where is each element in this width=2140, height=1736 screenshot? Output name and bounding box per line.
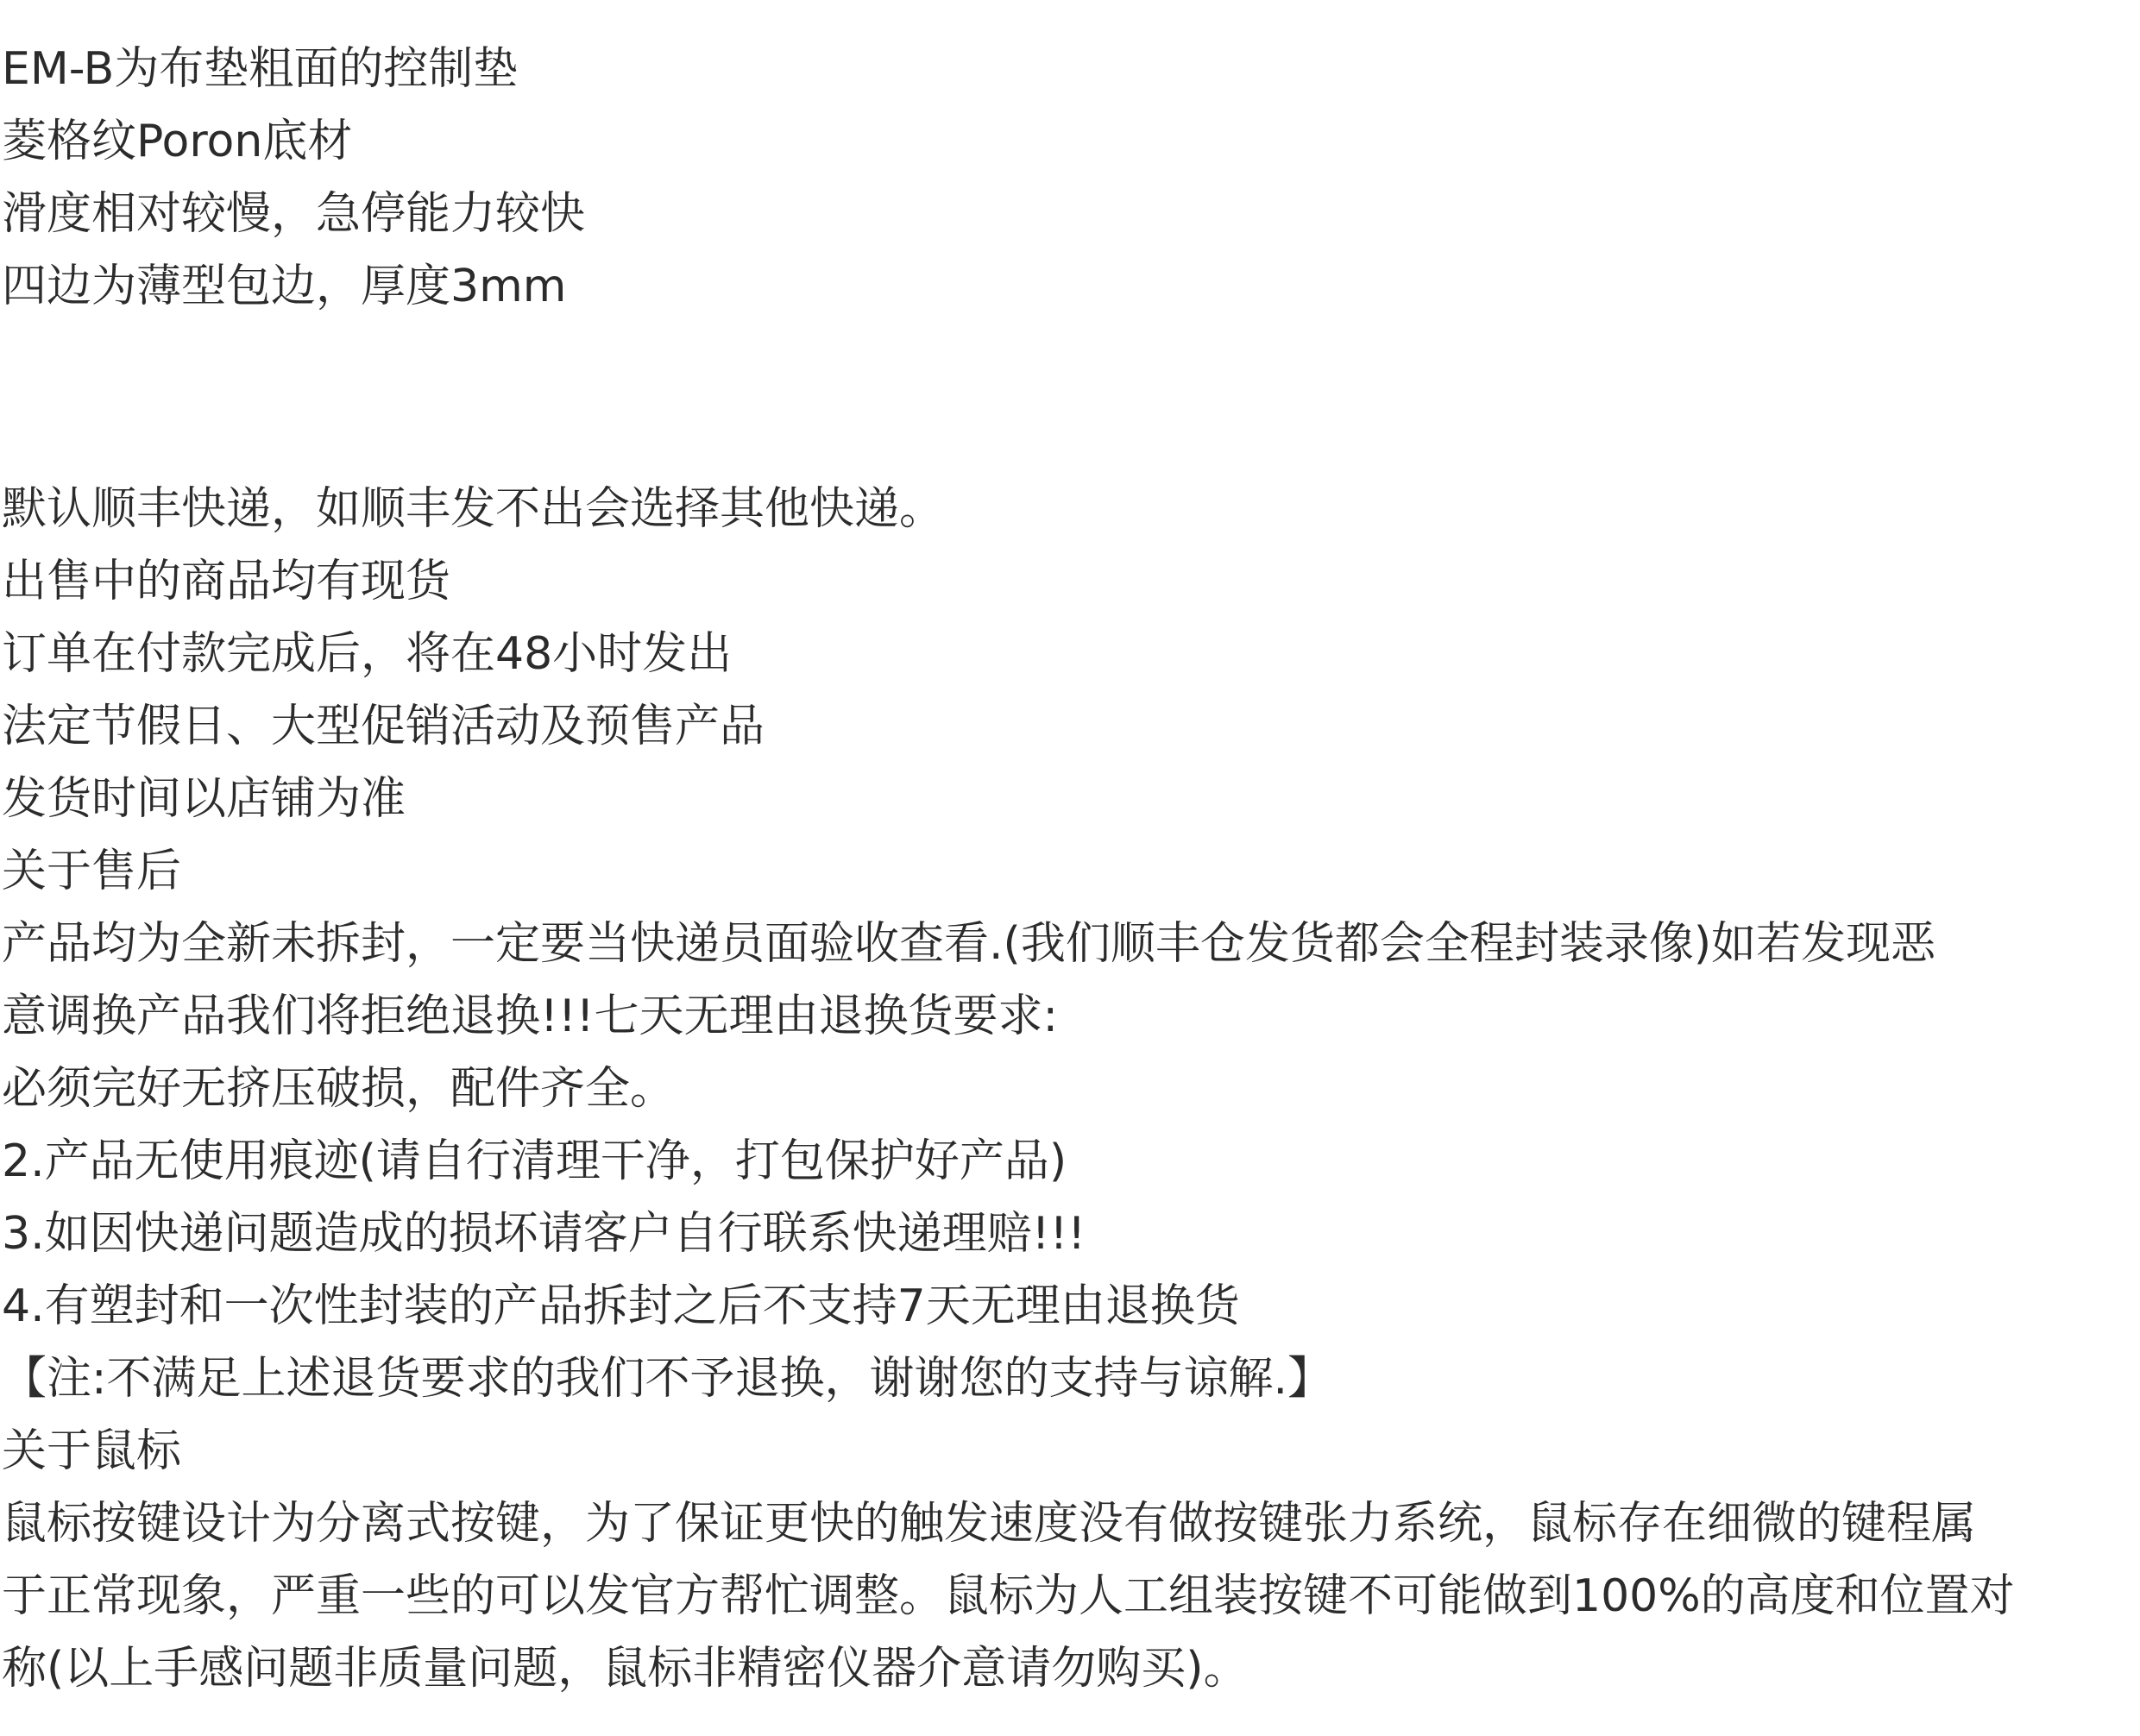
after-sales-note: 【注:不满足上述退货要求的我们不予退换，谢谢您的支持与谅解.】 [2, 1343, 1332, 1415]
product-line-1: EM-B为布垫粗面的控制垫 [2, 33, 518, 105]
product-line-3: 滑度相对较慢，急停能力较快 [2, 178, 585, 250]
mouse-line-3: 称(以上手感问题非质量问题，鼠标非精密仪器介意请勿购买)。 [2, 1632, 1249, 1705]
product-line-2: 菱格纹Poron底材 [2, 105, 352, 178]
mouse-heading: 关于鼠标 [2, 1415, 181, 1488]
mouse-line-2: 于正常现象，严重一些的可以发官方帮忙调整。鼠标为人工组装按键不可能做到100%的… [2, 1560, 2015, 1632]
shipping-line-4: 法定节假日、大型促销活动及预售产品 [2, 690, 765, 763]
product-line-4: 四边为薄型包边，厚度3mm [2, 250, 566, 323]
after-sales-line-5: 3.如因快递问题造成的损坏请客户自行联系快递理赔!!! [2, 1198, 1086, 1270]
shipping-line-3: 订单在付款完成后，将在48小时发出 [2, 618, 732, 690]
after-sales-line-1: 产品均为全新未拆封，一定要当快递员面验收查看.(我们顺丰仓发货都会全程封装录像)… [2, 908, 1935, 980]
mouse-line-1: 鼠标按键设计为分离式按键，为了保证更快的触发速度没有做按键张力系统，鼠标存在细微… [2, 1488, 1976, 1560]
after-sales-heading: 关于售后 [2, 835, 181, 908]
after-sales-line-2: 意调换产品我们将拒绝退换!!!七天无理由退换货要求: [2, 980, 1058, 1053]
after-sales-line-4: 2.产品无使用痕迹(请自行清理干净，打包保护好产品) [2, 1125, 1067, 1198]
shipping-line-2: 出售中的商品均有现货 [2, 545, 450, 618]
shipping-line-5: 发货时间以店铺为准 [2, 763, 406, 835]
after-sales-line-6: 4.有塑封和一次性封装的产品拆封之后不支持7天无理由退换货 [2, 1270, 1240, 1343]
after-sales-line-3: 必须完好无挤压破损，配件齐全。 [2, 1053, 675, 1125]
shipping-line-1: 默认顺丰快递，如顺丰发不出会选择其他快递。 [2, 473, 944, 545]
